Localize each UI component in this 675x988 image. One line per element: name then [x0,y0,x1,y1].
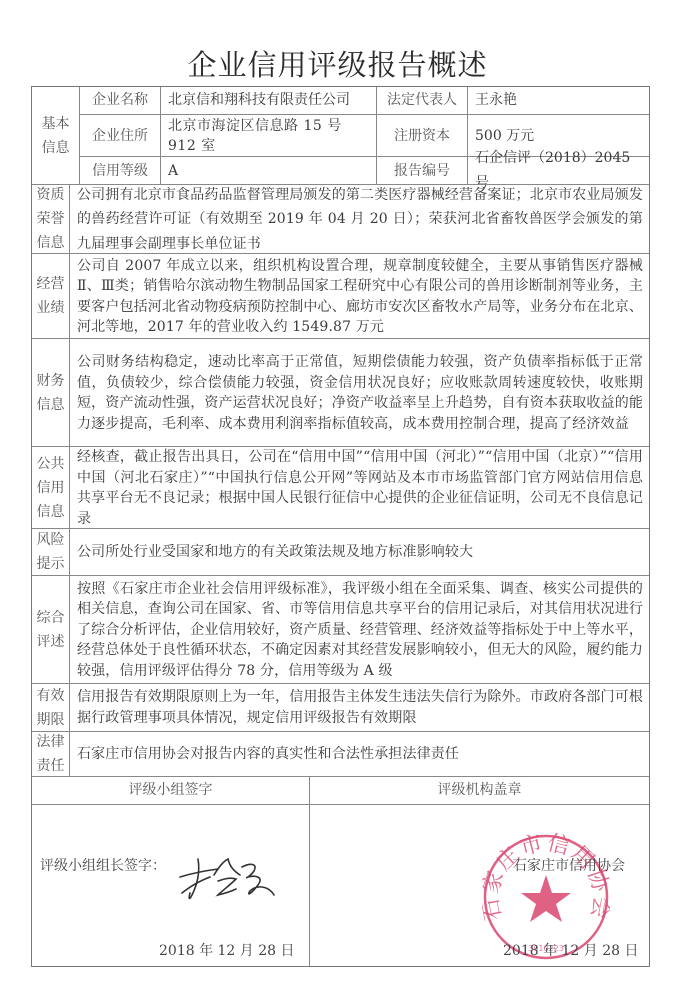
section-operations: 经营业绩 公司自 2007 年成立以来，组织机构设置合理，规章制度较健全，主要从… [32,253,649,338]
reg-capital-label: 注册资本 [376,115,467,157]
org-stamp-header: 评级机构盖章 [309,777,649,804]
section-text: 公司所处行业受国家和地方的有关政策法规及地方标准影响较大 [69,529,649,575]
report-no-label: 报告编号 [376,157,467,185]
right-date: 2018 年 12 月 28 日 [503,940,639,960]
basic-info-block: 基本信息 企业名称 北京信和翔科技有限责任公司 法定代表人 王永艳 企业住所 北… [32,87,649,184]
company-name-label: 企业名称 [80,87,160,114]
left-date: 2018 年 12 月 28 日 [159,940,295,960]
section-label: 有效期限 [36,684,66,732]
section-public-credit: 公共信用信息 经核查，截止报告出具日，公司在“信用中国”“信用中国（河北）”“信… [32,446,649,528]
section-label: 公共信用信息 [36,452,66,524]
section-label: 经营业绩 [36,272,66,320]
section-text: 按照《石家庄市企业社会信用评级标准》，我评级小组在全面采集、调查、核实公司提供的… [69,576,649,683]
row-company-name: 企业名称 北京信和翔科技有限责任公司 法定代表人 王永艳 [80,87,649,114]
section-text: 石家庄市信用协会对报告内容的真实性和合法性承担法律责任 [69,732,649,776]
document-title: 企业信用评级报告概述 [0,43,675,84]
section-label-cell: 公共信用信息 [32,447,69,528]
section-label: 综合评述 [36,606,66,654]
section-text: 经核查，截止报告出具日，公司在“信用中国”“信用中国（河北）”“信用中国（北京）… [69,447,649,528]
section-qualification: 资质荣誉信息 公司拥有北京市食品药品监督管理局颁发的第二类医疗器械经营备案证；北… [32,184,649,253]
org-name: 石家庄市信用协会 [513,855,625,875]
credit-level-value: A [160,157,376,185]
section-validity: 有效期限 信用报告有效期限原则上为一年，信用报告主体发生违法失信行为除外。市政府… [32,683,649,731]
team-signature-header: 评级小组签字 [32,777,309,804]
section-label-cell: 法律责任 [32,732,69,776]
basic-info-label: 基本信息 [41,112,71,160]
report-no-value: 石企信评（2018）2045 号 [467,157,649,185]
section-label: 财务信息 [36,369,66,417]
section-text: 公司拥有北京市食品药品监督管理局颁发的第二类医疗器械经营备案证；北京市农业局颁发… [69,185,649,253]
section-label-cell: 经营业绩 [32,254,69,338]
section-finance: 财务信息 公司财务结构稳定，速动比率高于正常值，短期偿债能力较强，资产负债率指标… [32,338,649,446]
section-legal: 法律责任 石家庄市信用协会对报告内容的真实性和合法性承担法律责任 [32,731,649,776]
section-label: 风险提示 [36,528,66,576]
credit-level-label: 信用等级 [80,157,160,185]
basic-info-grid: 企业名称 北京信和翔科技有限责任公司 法定代表人 王永艳 企业住所 北京市海淀区… [79,87,649,184]
signature-header-row: 评级小组签字 评级机构盖章 [32,776,649,804]
company-name-value: 北京信和翔科技有限责任公司 [160,87,376,114]
section-label-cell: 风险提示 [32,529,69,575]
section-label: 法律责任 [36,730,66,778]
handwritten-signature [178,855,278,905]
section-label-cell: 有效期限 [32,684,69,731]
section-label-cell: 资质荣誉信息 [32,185,69,253]
legal-rep-value: 王永艳 [467,87,649,114]
section-label-cell: 财务信息 [32,339,69,446]
basic-info-label-cell: 基本信息 [32,87,79,184]
address-label: 企业住所 [80,115,160,157]
address-value: 北京市海淀区信息路 15 号 912 室 [160,115,376,157]
legal-rep-label: 法定代表人 [376,87,467,114]
section-text: 公司自 2007 年成立以来，组织机构设置合理，规章制度较健全，主要从事销售医疗… [69,254,649,338]
section-label-cell: 综合评述 [32,576,69,683]
section-risk: 风险提示 公司所处行业受国家和地方的有关政策法规及地方标准影响较大 [32,528,649,575]
row-credit-level: 信用等级 A 报告编号 石企信评（2018）2045 号 [80,156,649,185]
section-text: 公司财务结构稳定，速动比率高于正常值，短期偿债能力较强，资产负债率指标低于正常值… [69,339,649,446]
section-label: 资质荣誉信息 [36,183,66,255]
leader-signature-label: 评级小组组长签字： [40,855,166,875]
section-summary: 综合评述 按照《石家庄市企业社会信用评级标准》，我评级小组在全面采集、调查、核实… [32,575,649,683]
section-text: 信用报告有效期限原则上为一年，信用报告主体发生违法失信行为除外。市政府各部门可根… [69,684,649,731]
